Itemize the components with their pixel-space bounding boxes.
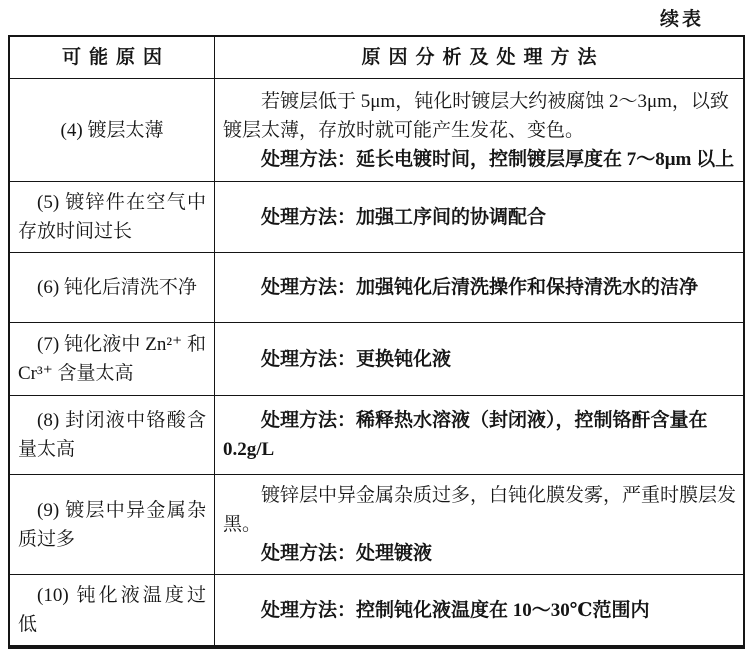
treatment-paragraph: 处理方法：延长电镀时间，控制镀层厚度在 7～8μm 以上 xyxy=(223,145,737,174)
treatment-paragraph: 处理方法：处理镀液 xyxy=(223,539,737,568)
table-row: (4) 镀层太薄若镀层低于 5μm，钝化时镀层大约被腐蚀 2～3μm，以致镀层太… xyxy=(10,78,743,181)
treatment-paragraph: 处理方法：更换钝化液 xyxy=(223,345,737,374)
header-analysis-column: 原因分析及处理方法 xyxy=(215,37,743,78)
cause-cell: (4) 镀层太薄 xyxy=(10,79,215,181)
analysis-paragraph: 若镀层低于 5μm，钝化时镀层大约被腐蚀 2～3μm，以致镀层太薄，存放时就可能… xyxy=(223,87,737,145)
table-row: (7) 钝化液中 Zn²⁺ 和 Cr³⁺ 含量太高处理方法：更换钝化液 xyxy=(10,322,743,395)
treatment-paragraph: 处理方法：控制钝化液温度在 10～30℃范围内 xyxy=(223,596,737,625)
table-row: (9) 镀层中异金属杂质过多镀锌层中异金属杂质过多，白钝化膜发雾，严重时膜层发黑… xyxy=(10,474,743,574)
analysis-cell: 处理方法：加强钝化后清洗操作和保持清洗水的洁净 xyxy=(215,253,743,322)
cause-cell: (5) 镀锌件在空气中存放时间过长 xyxy=(10,182,215,252)
table-header-row: 可能原因 原因分析及处理方法 xyxy=(10,37,743,78)
table-row: (8) 封闭液中铬酸含量太高处理方法：稀释热水溶液（封闭液），控制铬酐含量在 0… xyxy=(10,395,743,474)
continuation-table-label: 续表 xyxy=(660,4,704,31)
cause-cell: (7) 钝化液中 Zn²⁺ 和 Cr³⁺ 含量太高 xyxy=(10,323,215,395)
analysis-cell: 处理方法：加强工序间的协调配合 xyxy=(215,182,743,252)
troubleshooting-table: 可能原因 原因分析及处理方法 (4) 镀层太薄若镀层低于 5μm，钝化时镀层大约… xyxy=(8,35,745,649)
analysis-cell: 处理方法：更换钝化液 xyxy=(215,323,743,395)
table-row: (5) 镀锌件在空气中存放时间过长处理方法：加强工序间的协调配合 xyxy=(10,181,743,252)
analysis-cell: 镀锌层中异金属杂质过多，白钝化膜发雾，严重时膜层发黑。处理方法：处理镀液 xyxy=(215,475,743,574)
cause-cell: (10) 钝化液温度过低 xyxy=(10,575,215,645)
cause-cell: (9) 镀层中异金属杂质过多 xyxy=(10,475,215,574)
analysis-paragraph: 镀锌层中异金属杂质过多，白钝化膜发雾，严重时膜层发黑。 xyxy=(223,481,737,539)
treatment-paragraph: 处理方法：加强钝化后清洗操作和保持清洗水的洁净 xyxy=(223,273,737,302)
treatment-paragraph: 处理方法：加强工序间的协调配合 xyxy=(223,203,737,232)
document-page: 续表 可能原因 原因分析及处理方法 (4) 镀层太薄若镀层低于 5μm，钝化时镀… xyxy=(0,0,754,665)
cause-cell: (6) 钝化后清洗不净 xyxy=(10,253,215,322)
cause-cell: (8) 封闭液中铬酸含量太高 xyxy=(10,396,215,474)
treatment-paragraph: 处理方法：稀释热水溶液（封闭液），控制铬酐含量在 0.2g/L xyxy=(223,406,737,464)
table-row: (6) 钝化后清洗不净处理方法：加强钝化后清洗操作和保持清洗水的洁净 xyxy=(10,252,743,322)
analysis-cell: 处理方法：控制钝化液温度在 10～30℃范围内 xyxy=(215,575,743,645)
analysis-cell: 处理方法：稀释热水溶液（封闭液），控制铬酐含量在 0.2g/L xyxy=(215,396,743,474)
table-row: (10) 钝化液温度过低处理方法：控制钝化液温度在 10～30℃范围内 xyxy=(10,574,743,645)
header-cause-column: 可能原因 xyxy=(10,37,215,78)
analysis-cell: 若镀层低于 5μm，钝化时镀层大约被腐蚀 2～3μm，以致镀层太薄，存放时就可能… xyxy=(215,79,743,181)
